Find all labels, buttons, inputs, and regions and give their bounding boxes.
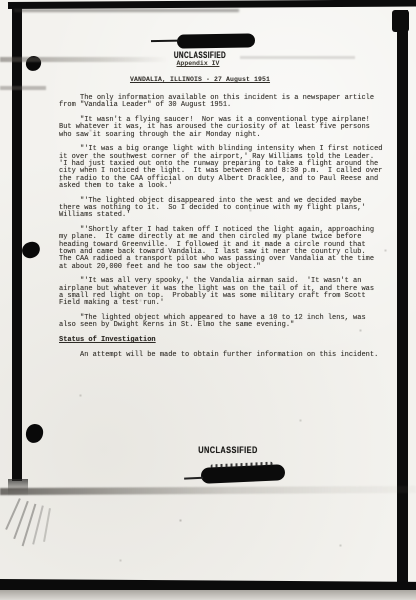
paragraph: "'The lighted object disappeared into th…: [59, 198, 395, 220]
smudge-line: [0, 486, 416, 495]
paper-specks: [0, 0, 1, 1]
paragraph: "'It was a big orange light with blindin…: [59, 146, 395, 190]
scan-edge-right: [397, 10, 408, 588]
paragraph: "'Shortly after I had taken off I notice…: [59, 227, 395, 271]
closing-paragraph: An attempt will be made to obtain furthe…: [59, 352, 395, 359]
scan-margin-bottom: [0, 590, 416, 600]
paragraph: "It wasn't a flying saucer! Nor was it a…: [59, 117, 395, 139]
redaction-bar-top: [177, 33, 255, 48]
punch-hole: [25, 423, 44, 444]
scan-edge-top: [8, 0, 416, 9]
paragraph: "The lighted object which appeared to ha…: [59, 315, 395, 330]
pencil-scratch: [43, 508, 51, 542]
section-heading: Status of Investigation: [59, 337, 395, 344]
document-title: VANDALIA, ILLINOIS - 27 August 1951: [0, 76, 400, 83]
document-body: The only information available on this i…: [59, 95, 395, 366]
punch-hole: [20, 240, 41, 260]
classification-stamp-bottom: UNCLASSIFIED: [80, 445, 376, 456]
scanned-document-page: UNCLASSIFIED Appendix IV VANDALIA, ILLIN…: [0, 0, 416, 600]
paragraph: The only information available on this i…: [59, 95, 395, 110]
classification-stamp-top: UNCLASSIFIED: [56, 50, 344, 60]
scan-shadow-top: [14, 9, 239, 12]
redaction-bar-bottom: [201, 464, 286, 484]
appendix-label: Appendix IV: [0, 60, 396, 67]
paragraph: "'It was all very spooky,' the Vandalia …: [59, 278, 395, 307]
smudge-mark: [0, 86, 46, 90]
